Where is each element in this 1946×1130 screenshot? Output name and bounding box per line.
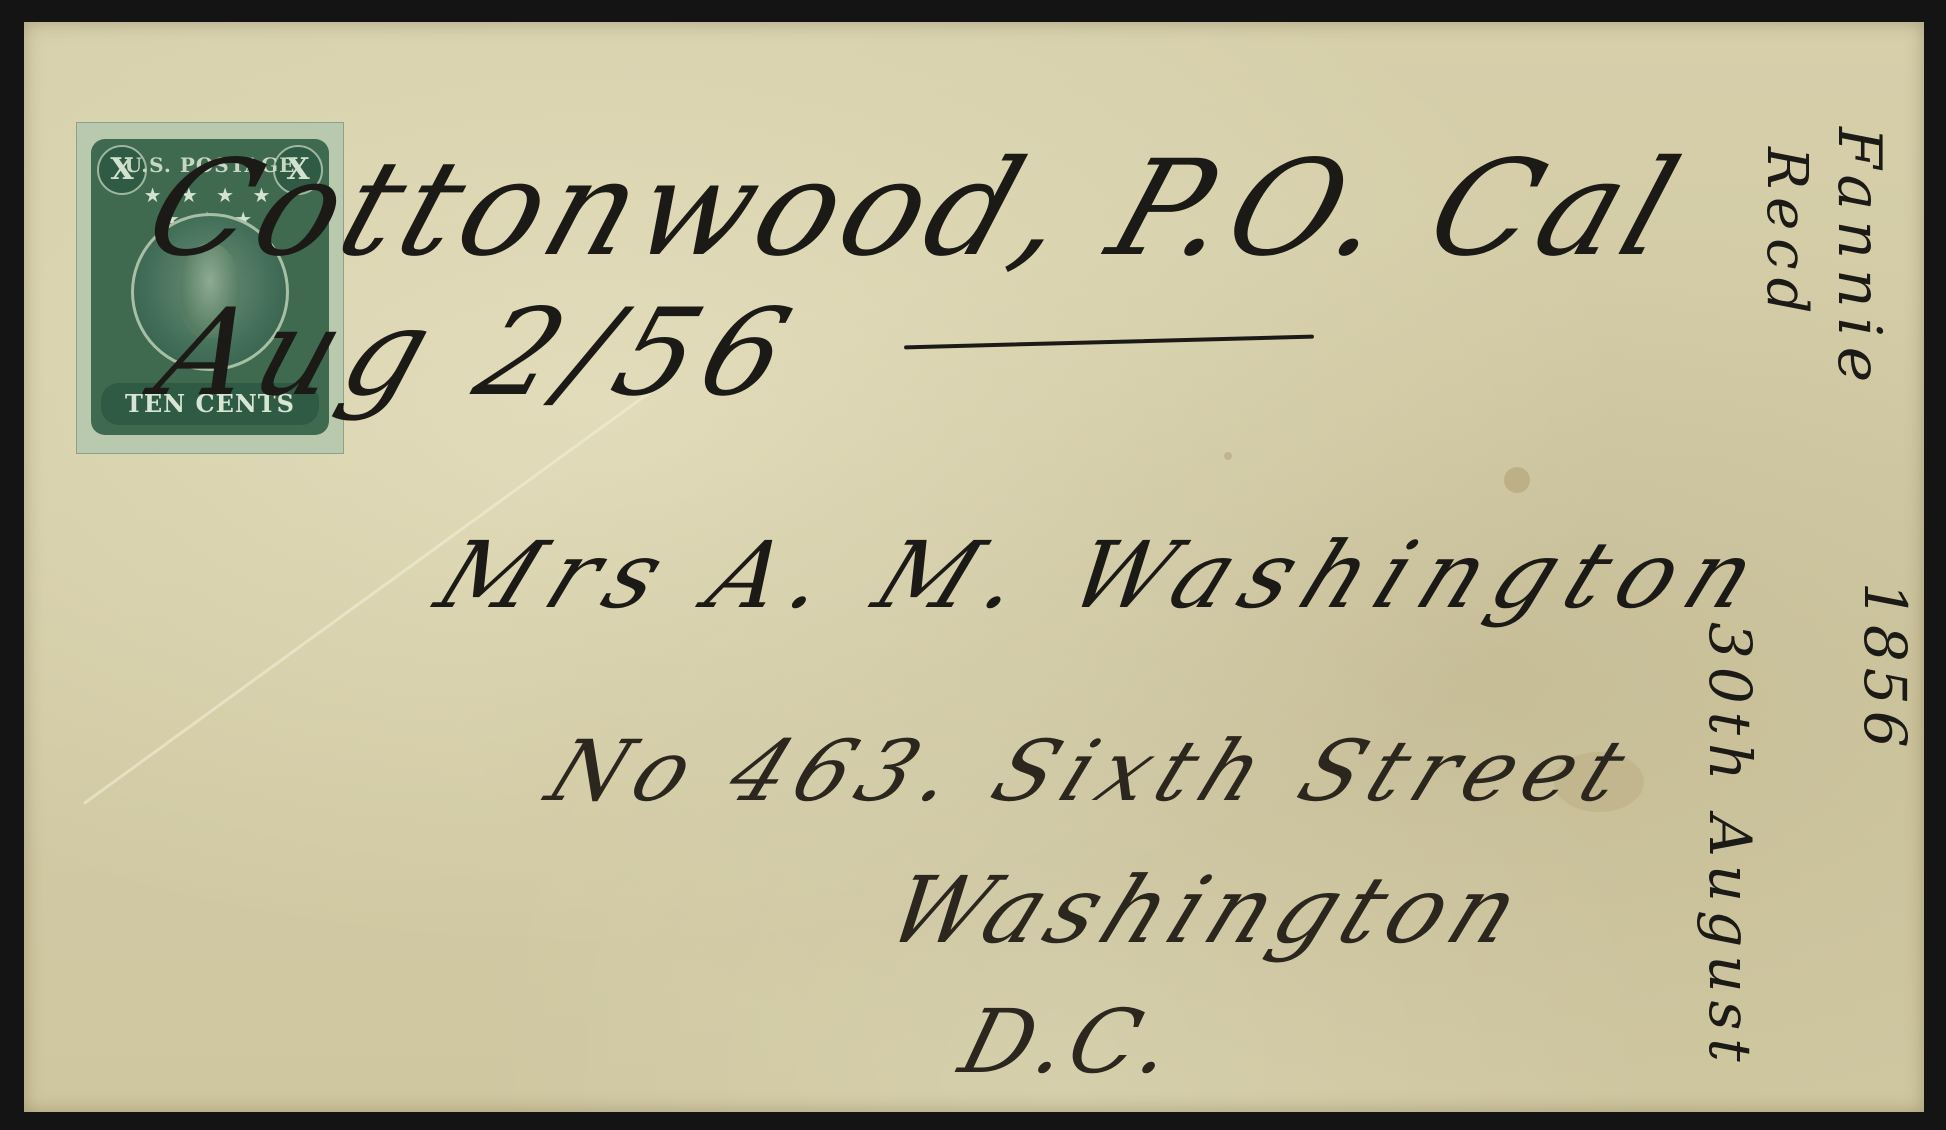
address-street: No 463. Sixth Street — [534, 722, 1649, 820]
address-district: D.C. — [950, 990, 1189, 1093]
docket-received: Recd — [1754, 147, 1819, 322]
postmark-date: Aug 2/56 — [141, 284, 815, 423]
docket-from: Fannie — [1824, 127, 1894, 392]
stain — [1224, 452, 1232, 460]
envelope: X X U.S. POSTAGE ★ ★ ★ ★ ★ ★ ★ TEN CENTS… — [24, 22, 1924, 1112]
docket-year: 1856 — [1851, 582, 1919, 754]
flourish-underline — [904, 335, 1314, 350]
stain — [1504, 467, 1530, 493]
address-city: Washington — [872, 857, 1542, 964]
docket-date: 30th August — [1696, 622, 1764, 1070]
postmark-origin: Cottonwood, P.O. Cal — [129, 132, 1701, 286]
address-name: Mrs A. M. Washington — [422, 522, 1785, 629]
